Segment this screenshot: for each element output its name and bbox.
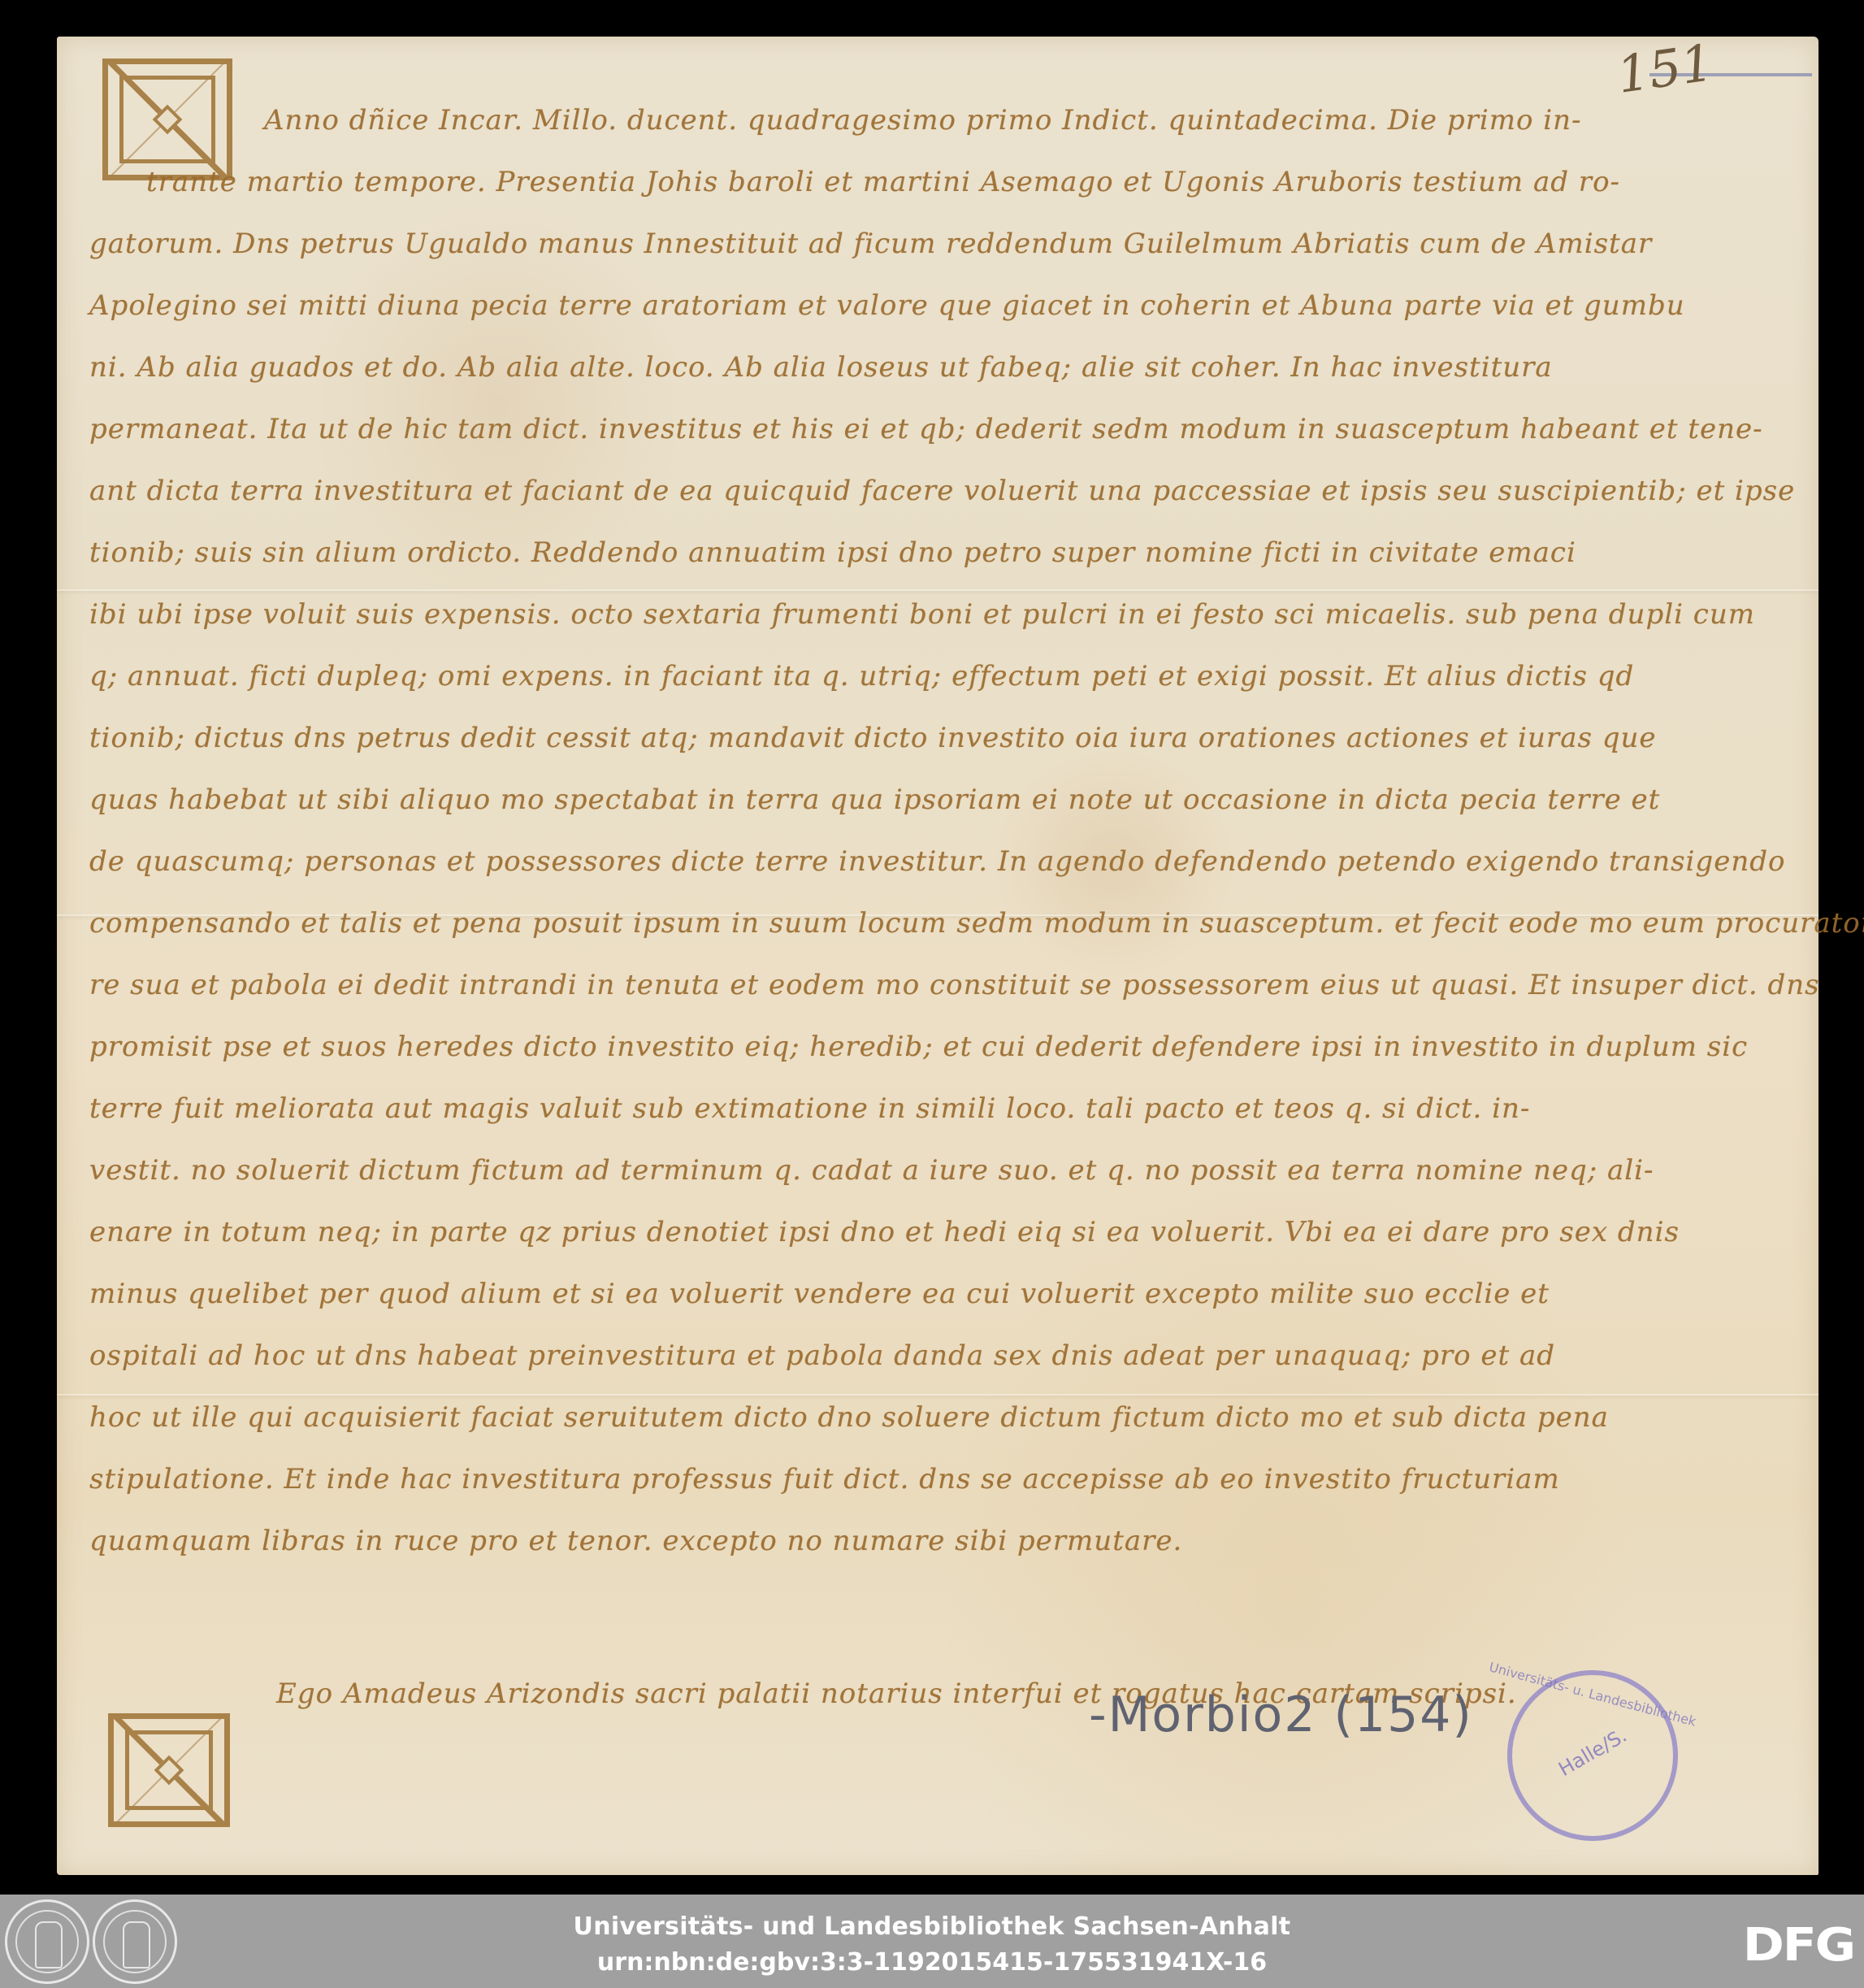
text-line: tionib; suis sin alium ordicto. Reddendo… bbox=[89, 536, 1576, 569]
text-line: minus quelibet per quod alium et si ea v… bbox=[89, 1278, 1550, 1310]
library-stamp: Universitäts- u. Landesbibliothek Halle/… bbox=[1507, 1670, 1678, 1841]
notary-signum-top bbox=[102, 59, 232, 180]
text-line: vestit. no soluerit dictum fictum ad ter… bbox=[89, 1154, 1654, 1187]
text-line: Anno dñice Incar. Millo. ducent. quadrag… bbox=[264, 104, 1582, 137]
text-line: gatorum. Dns petrus Ugualdo manus Innest… bbox=[89, 228, 1652, 260]
text-line: ospitali ad hoc ut dns habeat preinvesti… bbox=[89, 1339, 1555, 1372]
dfg-logo: DFG bbox=[1743, 1919, 1854, 1972]
fold-line bbox=[57, 589, 1818, 591]
text-line: terre fuit meliorata aut magis valuit su… bbox=[89, 1092, 1530, 1125]
shelfmark-annotation: -Morbio2 (154) bbox=[1089, 1686, 1473, 1743]
stamp-center-text: Halle/S. bbox=[1554, 1724, 1631, 1781]
text-line: permaneat. Ita ut de hic tam dict. inves… bbox=[89, 413, 1763, 445]
text-line: quamquam libras in ruce pro et tenor. ex… bbox=[89, 1525, 1182, 1557]
document-viewer: 151 Anno dñice Incar. Millo. ducent. qua… bbox=[0, 0, 1864, 1988]
text-line: enare in totum neq; in parte qz prius de… bbox=[89, 1216, 1680, 1248]
text-line: Apolegino sei mitti diuna pecia terre ar… bbox=[89, 289, 1685, 322]
text-line: hoc ut ille qui acquisierit faciat serui… bbox=[89, 1401, 1609, 1434]
text-line: stipulatione. Et inde hac investitura pr… bbox=[89, 1463, 1560, 1495]
fold-line bbox=[57, 1394, 1818, 1396]
text-line: promisit pse et suos heredes dicto inves… bbox=[89, 1031, 1748, 1063]
text-line: compensando et talis et pena posuit ipsu… bbox=[89, 907, 1864, 940]
notary-signum-bottom bbox=[108, 1713, 230, 1827]
text-line: q; annuat. ficti dupleq; omi expens. in … bbox=[89, 660, 1634, 692]
text-line: quas habebat ut sibi aliquo mo spectabat… bbox=[89, 783, 1660, 816]
text-line: trante martio tempore. Presentia Johis b… bbox=[146, 166, 1620, 198]
text-line: ant dicta terra investitura et faciant d… bbox=[89, 475, 1795, 507]
text-line: tionib; dictus dns petrus dedit cessit a… bbox=[89, 722, 1657, 754]
text-line: ibi ubi ipse voluit suis expensis. octo … bbox=[89, 598, 1755, 631]
text-line: ni. Ab alia guados et do. Ab alia alte. … bbox=[89, 351, 1553, 384]
institution-name: Universitäts- und Landesbibliothek Sachs… bbox=[0, 1912, 1864, 1941]
urn-identifier: urn:nbn:de:gbv:3:3-1192015415-175531941X… bbox=[0, 1948, 1864, 1977]
text-line: de quascumq; personas et possessores dic… bbox=[89, 845, 1785, 878]
footer-banner: Universitäts- und Landesbibliothek Sachs… bbox=[0, 1895, 1864, 1988]
text-line: re sua et pabola ei dedit intrandi in te… bbox=[89, 969, 1820, 1001]
